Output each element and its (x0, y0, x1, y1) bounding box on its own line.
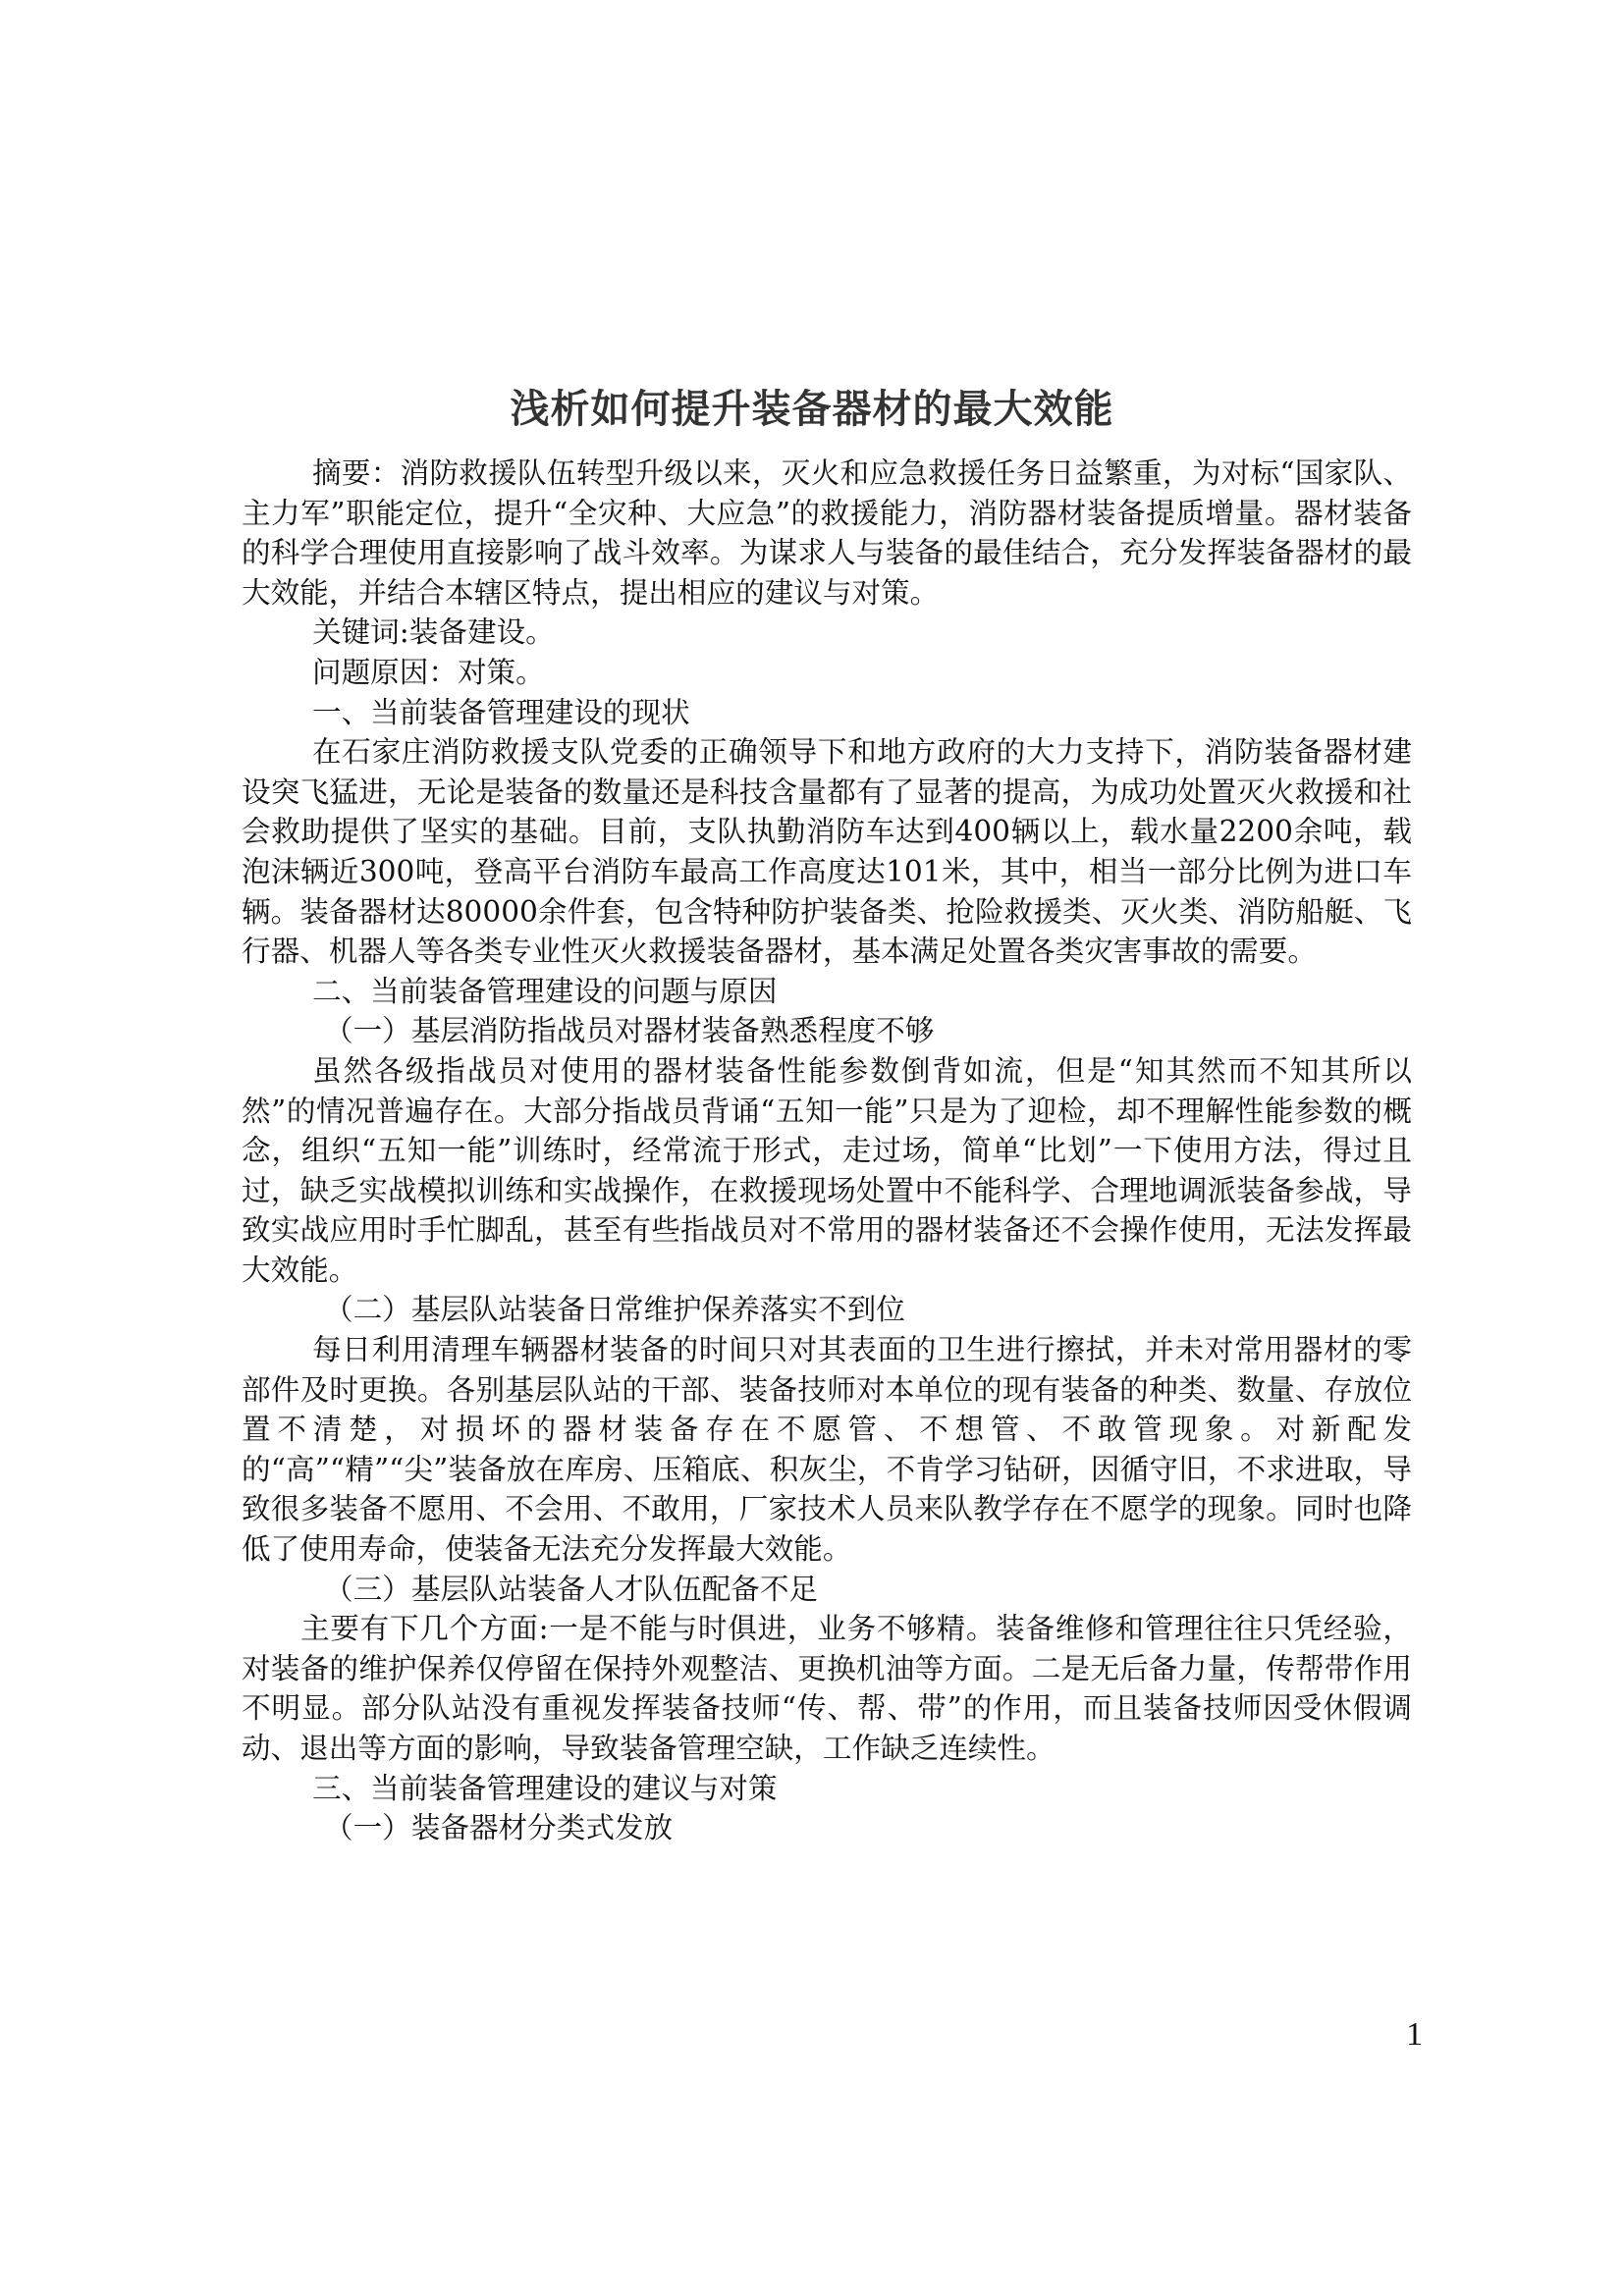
subsection-heading-3-1: （一）装备器材分类式发放 (242, 1808, 1412, 1848)
body-paragraph-2: 虽然各级指战员对使用的器材装备性能参数倒背如流，但是“知其然而不知其所以然”的情… (242, 1051, 1412, 1291)
document-body: 摘要：消防救援队伍转型升级以来，灭火和应急救援任务日益繁重，为对标“国家队、主力… (242, 454, 1412, 1848)
document-page: 浅析如何提升装备器材的最大效能 摘要：消防救援队伍转型升级以来，灭火和应急救援任… (0, 0, 1624, 2296)
section-heading-2: 二、当前装备管理建设的问题与原因 (242, 972, 1412, 1012)
keywords-line-2: 问题原因：对策。 (242, 653, 1412, 693)
body-paragraph-1: 在石家庄消防救援支队党委的正确领导下和地方政府的大力支持下，消防装备器材建设突飞… (242, 732, 1412, 972)
subsection-heading-2-3: （三）基层队站装备人才队伍配备不足 (242, 1570, 1412, 1610)
abstract-paragraph: 摘要：消防救援队伍转型升级以来，灭火和应急救援任务日益繁重，为对标“国家队、主力… (242, 454, 1412, 613)
body-paragraph-3: 每日利用清理车辆器材装备的时间只对其表面的卫生进行擦拭，并未对常用器材的零部件及… (242, 1330, 1412, 1570)
section-heading-1: 一、当前装备管理建设的现状 (242, 693, 1412, 733)
page-number: 1 (1406, 2016, 1423, 2054)
body-paragraph-4: 主要有下几个方面:一是不能与时俱进，业务不够精。装备维修和管理往往只凭经验，对装… (242, 1609, 1412, 1768)
document-title: 浅析如何提升装备器材的最大效能 (0, 385, 1624, 434)
section-heading-3: 三、当前装备管理建设的建议与对策 (242, 1769, 1412, 1809)
subsection-heading-2-1: （一）基层消防指战员对器材装备熟悉程度不够 (242, 1011, 1412, 1051)
keywords-line: 关键词:装备建设。 (242, 613, 1412, 653)
subsection-heading-2-2: （二）基层队站装备日常维护保养落实不到位 (242, 1290, 1412, 1330)
